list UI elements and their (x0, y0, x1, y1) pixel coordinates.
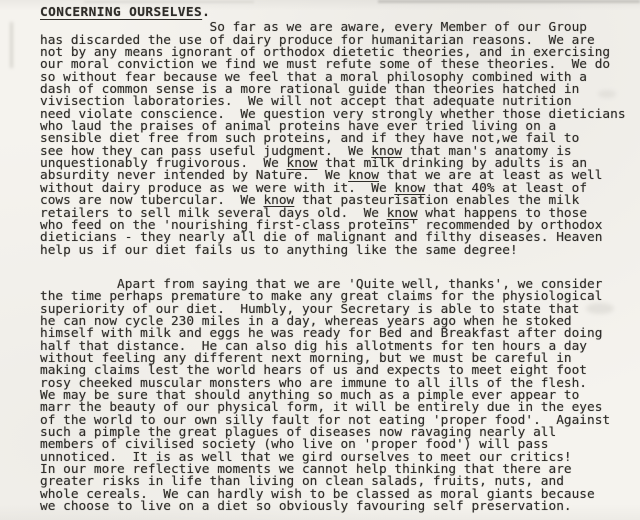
scanned-document-page: CONCERNING OURSELVES. So far as we are a… (0, 0, 640, 520)
text-line: we choose to live on a diet so obviously… (40, 501, 636, 513)
paragraph-2: Apart from saying that we are 'Quite wel… (40, 279, 636, 514)
document-title: CONCERNING OURSELVES. (40, 7, 636, 19)
document-title-period: . (202, 5, 210, 20)
paragraph-1: So far as we are aware, every Member of … (40, 22, 636, 257)
document-body: So far as we are aware, every Member of … (40, 22, 636, 513)
text-line: help us if our diet fails us to anything… (40, 245, 636, 257)
document-title-text: CONCERNING OURSELVES (40, 5, 202, 20)
